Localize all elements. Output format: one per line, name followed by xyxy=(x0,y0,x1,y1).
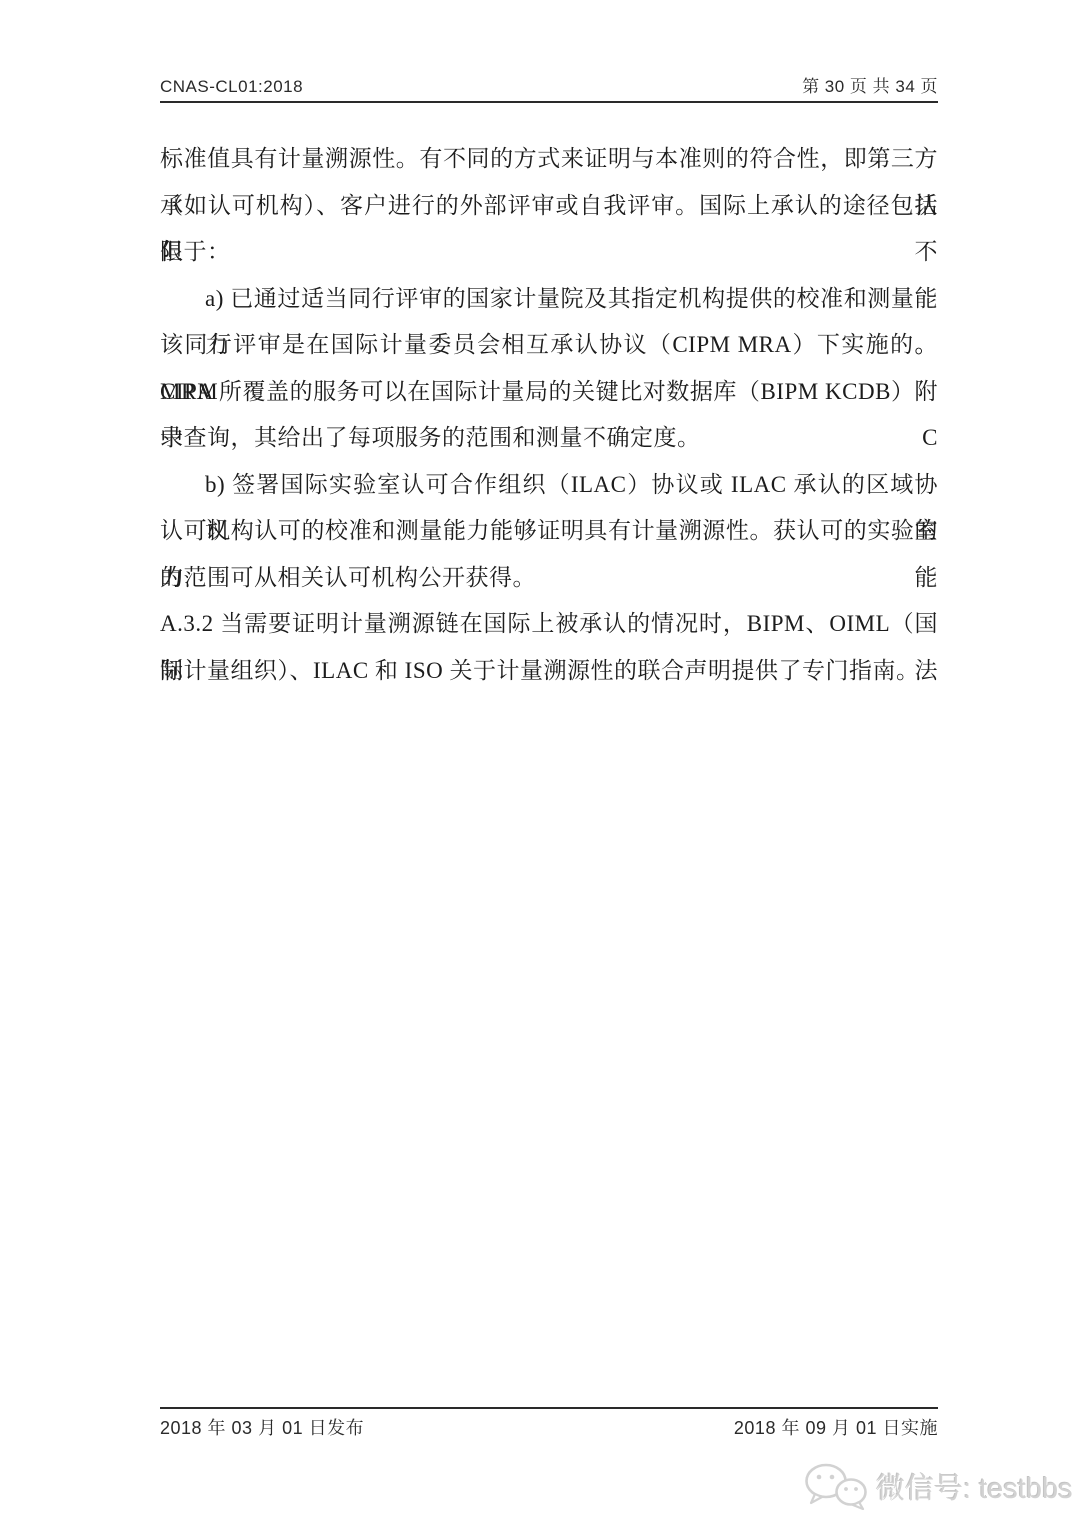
body-line: MRA 所覆盖的服务可以在国际计量局的关键比对数据库（BIPM KCDB）附录 … xyxy=(160,369,938,416)
footer-divider xyxy=(160,1407,938,1409)
body-line: b) 签署国际实验室认可合作组织（ILAC）协议或 ILAC 承认的区域协议的 xyxy=(160,462,938,509)
page-number: 第 30 页 共 34 页 xyxy=(802,72,938,97)
page-header: CNAS-CL01:2018 第 30 页 共 34 页 xyxy=(160,72,938,97)
release-date: 2018 年 03 月 01 日发布 xyxy=(160,1414,364,1440)
document-page: CNAS-CL01:2018 第 30 页 共 34 页 标准值具有计量溯源性。… xyxy=(0,0,1080,1527)
header-divider xyxy=(160,101,938,103)
body-line: 制计量组织）、ILAC 和 ISO 关于计量溯源性的联合声明提供了专门指南。 xyxy=(160,648,938,695)
body-line: 标准值具有计量溯源性。有不同的方式来证明与本准则的符合性，即第三方承认 xyxy=(160,136,938,183)
body-line: 该同行评审是在国际计量委员会相互承认协议（CIPM MRA）下实施的。CIPM xyxy=(160,322,938,369)
document-code: CNAS-CL01:2018 xyxy=(160,77,303,97)
watermark: 微信号: testbbs xyxy=(802,1462,1073,1510)
wechat-icon xyxy=(802,1462,868,1510)
body-line: （如认可机构）、客户进行的外部评审或自我评审。国际上承认的途径包括但不 xyxy=(160,183,938,230)
body-line: 认可机构认可的校准和测量能力能够证明具有计量溯源性。获认可的实验室的能 xyxy=(160,508,938,555)
page-footer: 2018 年 03 月 01 日发布 2018 年 09 月 01 日实施 xyxy=(160,1414,938,1440)
body-line: A.3.2 当需要证明计量溯源链在国际上被承认的情况时，BIPM、OIML（国际… xyxy=(160,601,938,648)
watermark-text: 微信号: testbbs xyxy=(876,1466,1073,1507)
body-line: a) 已通过适当同行评审的国家计量院及其指定机构提供的校准和测量能力。 xyxy=(160,276,938,323)
implementation-date: 2018 年 09 月 01 日实施 xyxy=(734,1414,938,1440)
document-body: 标准值具有计量溯源性。有不同的方式来证明与本准则的符合性，即第三方承认 （如认可… xyxy=(160,136,938,694)
